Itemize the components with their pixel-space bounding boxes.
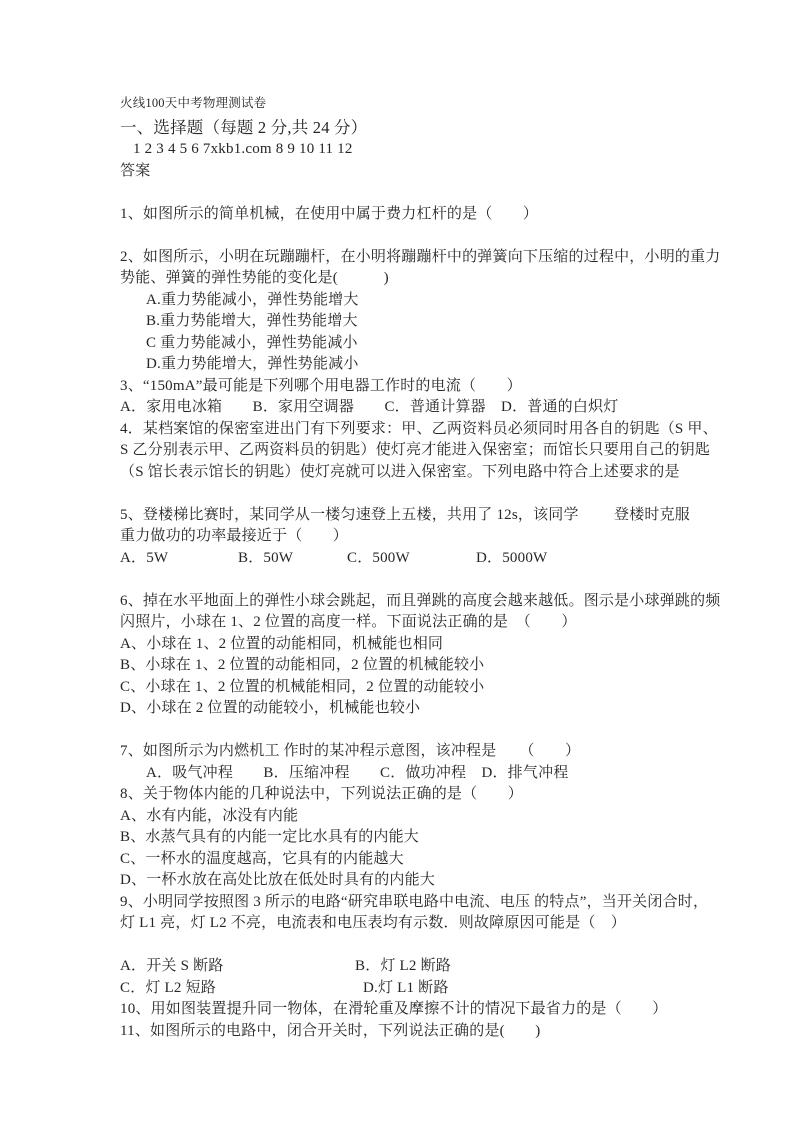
- text-run: A、水有内能，冰没有内能: [120, 808, 298, 824]
- test-document-page: 火线100天中考物理测试卷一、选择题（每题 2 分,共 24 分）1 2 3 4…: [0, 0, 800, 1132]
- text-run: B、水蒸气具有的内能一定比水具有的内能大: [120, 829, 419, 845]
- doc-title: 火线100天中考物理测试卷: [120, 92, 705, 117]
- question-4-line-1: 4．某档案馆的保密室进出门有下列要求：甲、乙两资料员必须同时用各自的钥匙（S 甲…: [120, 419, 705, 441]
- question-7-options: A．吸气冲程 B．压缩冲程 C．做功冲程 D．排气冲程: [120, 763, 705, 785]
- text-run: 2、如图所示，小明在玩蹦蹦杆，在小明将蹦蹦杆中的弹簧向下压缩的过程中，小明的重力: [120, 249, 721, 265]
- question-5-option-d: D．5000W: [476, 548, 547, 570]
- question-6-option-b: B、小球在 1、2 位置的动能相同，2 位置的机械能较小: [120, 655, 705, 677]
- text-run: 重力做功的功率最接近于（ ）: [120, 528, 348, 544]
- blank-line: [120, 483, 705, 505]
- text-run: 11、如图所示的电路中，闭合开关时，下列说法正确的是( ): [120, 1023, 540, 1039]
- blank-line: [120, 569, 705, 591]
- blank-line: [120, 225, 705, 247]
- text-run: A．家用电冰箱 B．家用空调器 C．普通计算器 D．普通的白炽灯: [120, 399, 618, 415]
- blank-line: [120, 182, 705, 204]
- text-run: B.重力势能增大，弹性势能增大: [146, 313, 358, 329]
- question-4-line-3: （S 馆长表示馆长的钥匙）使灯亮就可以进入保密室。下列电路中符合上述要求的是: [120, 462, 705, 484]
- question-9-options-ab: A．开关 S 断路B．灯 L2 断路: [120, 956, 705, 978]
- question-5-text-tail: 登楼时克服: [614, 505, 690, 527]
- section-heading: 一、选择题（每题 2 分,共 24 分）: [120, 117, 705, 139]
- text-run: （S 馆长表示馆长的钥匙）使灯亮就可以进入保密室。下列电路中符合上述要求的是: [120, 464, 680, 480]
- blank-line: [120, 720, 705, 742]
- question-8-option-c: C、一杯水的温度越高，它具有的内能越大: [120, 849, 705, 871]
- text-run: D、一杯水放在高处比放在低处时具有的内能大: [120, 872, 435, 888]
- question-9-line-2: 灯 L1 亮，灯 L2 不亮，电流表和电压表均有示数．则故障原因可能是（ ）: [120, 913, 705, 935]
- question-5-option-a: A．5W: [120, 548, 168, 570]
- text-run: 1、如图所示的简单机械，在使用中属于费力杠杆的是（ ）: [120, 206, 538, 222]
- test-document-content: 火线100天中考物理测试卷一、选择题（每题 2 分,共 24 分）1 2 3 4…: [120, 92, 705, 1042]
- answer-label: 答案: [120, 161, 705, 183]
- text-run: 1 2 3 4 5 6 7xkb1.com 8 9 10 11 12: [133, 141, 353, 157]
- question-7: 7、如图所示为内燃机工 作时的某冲程示意图，该冲程是 （ ）: [120, 741, 705, 763]
- text-run: A.重力势能减小，弹性势能增大: [146, 292, 359, 308]
- question-9-line-1: 9、小明同学按照图 3 所示的电路“研究串联电路中电流、电压 的特点”，当开关闭…: [120, 892, 705, 914]
- question-2-option-b: B.重力势能增大，弹性势能增大: [120, 311, 705, 333]
- question-2-option-d: D.重力势能增大，弹性势能减小: [120, 354, 705, 376]
- text-run: S 乙分别表示甲、乙两资料员的钥匙）使灯亮才能进入保密室；而馆长只要用自己的钥匙: [120, 442, 710, 458]
- blank-line: [120, 935, 705, 957]
- text-run: 势能、弹簧的弹性势能的变化是( ): [120, 270, 389, 286]
- text-run: B、小球在 1、2 位置的动能相同，2 位置的机械能较小: [120, 657, 484, 673]
- text-run: C、一杯水的温度越高，它具有的内能越大: [120, 851, 404, 867]
- question-8-option-b: B、水蒸气具有的内能一定比水具有的内能大: [120, 827, 705, 849]
- question-5-options: A．5WB．50WC．500WD．5000W: [120, 548, 705, 570]
- question-6-option-a: A、小球在 1、2 位置的动能相同，机械能也相同: [120, 634, 705, 656]
- question-9-option-d: D.灯 L1 断路: [363, 978, 449, 1000]
- question-9-option-b: B．灯 L2 断路: [355, 956, 451, 978]
- text-run: 9、小明同学按照图 3 所示的电路“研究串联电路中电流、电压 的特点”，当开关闭…: [120, 894, 708, 910]
- question-8: 8、关于物体内能的几种说法中，下列说法正确的是（ ）: [120, 784, 705, 806]
- question-5-line-1: 5、登楼梯比赛时，某同学从一楼匀速登上五楼，共用了 12s，该同学登楼时克服: [120, 505, 705, 527]
- question-6-line-2: 闪照片，小球在 1、2 位置的高度一样。下面说法正确的是 （ ）: [120, 612, 705, 634]
- question-3-options: A．家用电冰箱 B．家用空调器 C．普通计算器 D．普通的白炽灯: [120, 397, 705, 419]
- text-run: 火线100天中考物理测试卷: [120, 96, 266, 110]
- question-10: 10、用如图装置提升同一物体，在滑轮重及摩擦不计的情况下最省力的是（ ）: [120, 999, 705, 1021]
- question-3: 3、“150mA”最可能是下列哪个用电器工作时的电流（ ）: [120, 376, 705, 398]
- question-5-option-b: B．50W: [238, 548, 293, 570]
- question-2-option-c: C 重力势能减小，弹性势能减小: [120, 333, 705, 355]
- text-run: 闪照片，小球在 1、2 位置的高度一样。下面说法正确的是 （ ）: [120, 614, 577, 630]
- text-run: A．吸气冲程 B．压缩冲程 C．做功冲程 D．排气冲程: [146, 765, 568, 781]
- text-run: C、小球在 1、2 位置的机械能相同，2 位置的动能较小: [120, 679, 484, 695]
- question-5-option-c: C．500W: [347, 548, 410, 570]
- question-8-option-a: A、水有内能，冰没有内能: [120, 806, 705, 828]
- question-number-row: 1 2 3 4 5 6 7xkb1.com 8 9 10 11 12: [120, 139, 705, 161]
- text-run: D、小球在 2 位置的动能较小，机械能也较小: [120, 700, 420, 716]
- text-run: 灯 L1 亮，灯 L2 不亮，电流表和电压表均有示数．则故障原因可能是（ ）: [120, 915, 626, 931]
- question-11: 11、如图所示的电路中，闭合开关时，下列说法正确的是( ): [120, 1021, 705, 1043]
- question-6-option-d: D、小球在 2 位置的动能较小，机械能也较小: [120, 698, 705, 720]
- text-run: D.重力势能增大，弹性势能减小: [146, 356, 359, 372]
- question-1: 1、如图所示的简单机械，在使用中属于费力杠杆的是（ ）: [120, 204, 705, 226]
- text-run: 10、用如图装置提升同一物体，在滑轮重及摩擦不计的情况下最省力的是（ ）: [120, 1001, 667, 1017]
- question-8-option-d: D、一杯水放在高处比放在低处时具有的内能大: [120, 870, 705, 892]
- question-2-option-a: A.重力势能减小，弹性势能增大: [120, 290, 705, 312]
- question-6-line-1: 6、掉在水平地面上的弹性小球会跳起，而且弹跳的高度会越来越低。图示是小球弹跳的频: [120, 591, 705, 613]
- text-run: 答案: [120, 163, 150, 179]
- text-run: 4．某档案馆的保密室进出门有下列要求：甲、乙两资料员必须同时用各自的钥匙（S 甲…: [120, 421, 718, 437]
- question-6-option-c: C、小球在 1、2 位置的机械能相同，2 位置的动能较小: [120, 677, 705, 699]
- text-run: A、小球在 1、2 位置的动能相同，机械能也相同: [120, 636, 443, 652]
- question-4-line-2: S 乙分别表示甲、乙两资料员的钥匙）使灯亮才能进入保密室；而馆长只要用自己的钥匙: [120, 440, 705, 462]
- question-2-line-1: 2、如图所示，小明在玩蹦蹦杆，在小明将蹦蹦杆中的弹簧向下压缩的过程中，小明的重力: [120, 247, 705, 269]
- question-9-option-c: C．灯 L2 短路: [120, 978, 216, 1000]
- text-run: C 重力势能减小，弹性势能减小: [146, 335, 358, 351]
- question-9-options-cd: C．灯 L2 短路D.灯 L1 断路: [120, 978, 705, 1000]
- question-5-text: 5、登楼梯比赛时，某同学从一楼匀速登上五楼，共用了 12s，该同学: [120, 507, 579, 523]
- question-5-line-2: 重力做功的功率最接近于（ ）: [120, 526, 705, 548]
- text-run: 3、“150mA”最可能是下列哪个用电器工作时的电流（ ）: [120, 378, 522, 394]
- text-run: 一、选择题（每题 2 分,共 24 分）: [120, 118, 367, 137]
- text-run: 8、关于物体内能的几种说法中，下列说法正确的是（ ）: [120, 786, 523, 802]
- text-run: 7、如图所示为内燃机工 作时的某冲程示意图，该冲程是 （ ）: [120, 743, 580, 759]
- question-9-option-a: A．开关 S 断路: [120, 956, 223, 978]
- question-2-line-2: 势能、弹簧的弹性势能的变化是( ): [120, 268, 705, 290]
- text-run: 6、掉在水平地面上的弹性小球会跳起，而且弹跳的高度会越来越低。图示是小球弹跳的频: [120, 593, 721, 609]
